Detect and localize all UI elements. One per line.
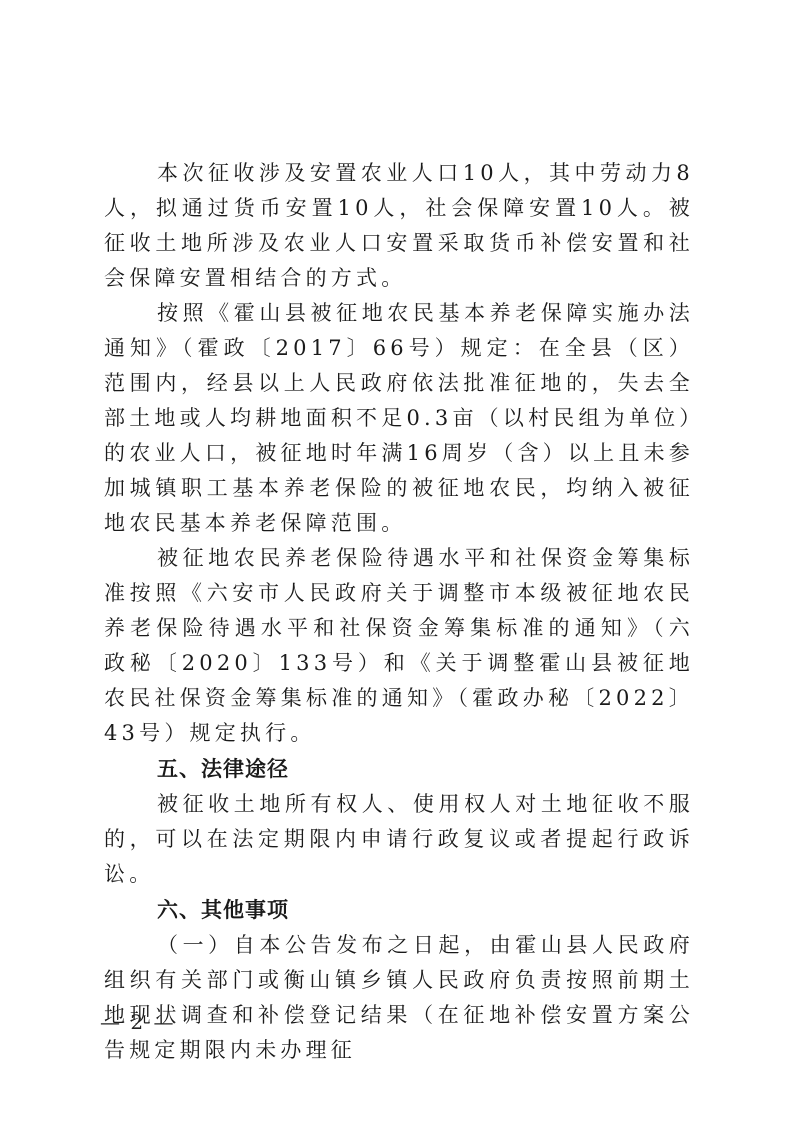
paragraph-legal-recourse: 被征收土地所有权人、使用权人对土地征收不服的，可以在法定期限内申请行政复议或者提…	[104, 787, 694, 892]
page-number: — 2 —	[100, 1010, 175, 1034]
document-page: 本次征收涉及安置农业人口10人，其中劳动力8人，拟通过货币安置10人，社会保障安…	[0, 0, 793, 1122]
paragraph-pension-standards: 被征地农民养老保险待遇水平和社保资金筹集标准按照《六安市人民政府关于调整市本级被…	[104, 541, 694, 751]
document-body: 本次征收涉及安置农业人口10人，其中劳动力8人，拟通过货币安置10人，社会保障安…	[104, 156, 694, 1068]
section-heading-other-matters: 六、其他事项	[104, 892, 694, 928]
paragraph-pension-scope: 按照《霍山县被征地农民基本养老保障实施办法通知》（霍政〔2017〕66号）规定：…	[104, 296, 694, 541]
section-heading-legal-recourse: 五、法律途径	[104, 751, 694, 787]
paragraph-resettlement: 本次征收涉及安置农业人口10人，其中劳动力8人，拟通过货币安置10人，社会保障安…	[104, 156, 694, 296]
paragraph-other-matters-1: （一）自本公告发布之日起，由霍山县人民政府组织有关部门或衡山镇乡镇人民政府负责按…	[104, 928, 694, 1068]
